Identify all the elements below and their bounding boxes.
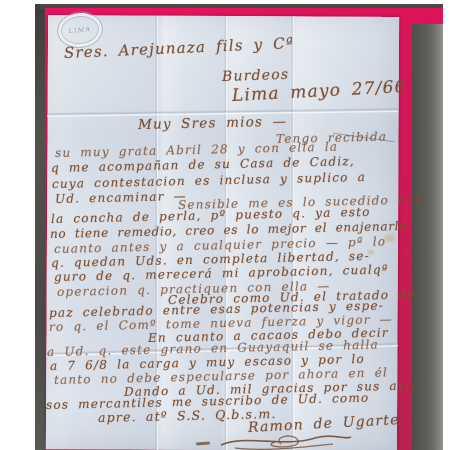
salutation: Muy Sres mios — [138,116,288,133]
scanned-letter-photo: LIMA Sres. Arejunaza fils y Cª Burdeos L… [0,0,450,450]
signature-rubric [215,432,355,450]
destination-line: Burdeos [222,68,290,84]
ink-stain [368,250,374,255]
ink-stain [384,234,395,242]
photo-right-shadow [412,24,443,450]
embossed-seal-text: LIMA [68,25,91,34]
photo-left-edge [35,4,45,450]
letter-line: Ud. encaminar — [55,190,187,205]
